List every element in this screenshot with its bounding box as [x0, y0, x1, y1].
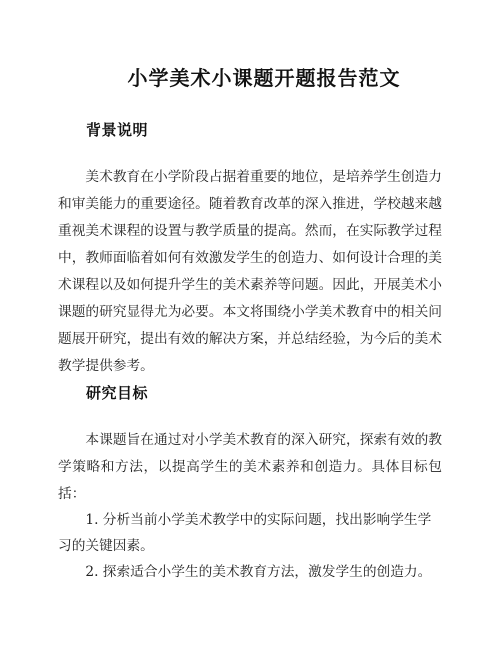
document-title: 小学美术小课题开题报告范文: [0, 62, 500, 91]
objectives-paragraph: 本课题旨在通过对小学美术教育的深入研究，探索有效的教学策略和方法，以提高学生的美…: [58, 427, 442, 508]
objective-list-item-2: 2. 探索适合小学生的美术教育方法，激发学生的创造力。: [58, 559, 442, 585]
objective-list-item-1: 1. 分析当前小学美术教学中的实际问题，找出影响学生学习的关键因素。: [58, 507, 442, 559]
section-heading-objectives: 研究目标: [86, 382, 148, 403]
section-heading-background: 背景说明: [86, 119, 148, 140]
background-paragraph: 美术教育在小学阶段占据着重要的地位，是培养学生创造力和审美能力的重要途径。随着教…: [58, 164, 442, 380]
document-page: 小学美术小课题开题报告范文 背景说明 美术教育在小学阶段占据着重要的地位，是培养…: [0, 0, 500, 647]
